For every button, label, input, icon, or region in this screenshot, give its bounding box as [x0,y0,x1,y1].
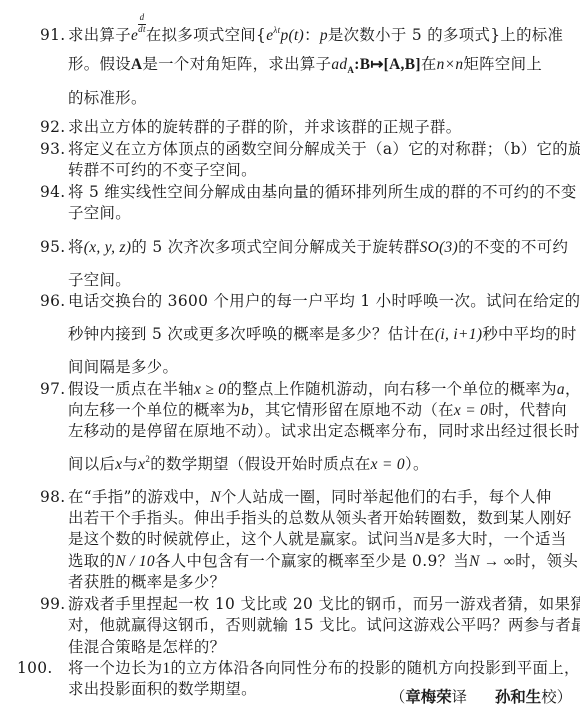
problem-91-line-2: 形。假设A是一个对角矩阵，求出算子adA:B↦[A,B]在n×n矩阵空间上 [68,54,542,75]
problem-99-line-1: 99.游戏者手里捏起一枚 10 戈比或 20 戈比的钢币，而另一游戏者猜，如果猜 [40,594,580,614]
problem-97-line-3: 左移动的是停留在原地不动）。试求出定态概率分布，同时求出经过很长时 [68,421,580,441]
d-dt-exponent: ddt [138,24,146,34]
problem-95-line-2: 子空间。 [68,270,131,290]
problem-99-line-2: 对，他就赢得这钢币，否则就输 15 戈比。试问这游戏公平吗？两参与者最 [68,615,580,635]
problem-98-line-5: 者获胜的概率是多少？ [68,572,225,592]
problem-100-line-1: 100.将一个边长为1的立方体沿各向同性分布的投影的随机方向投影到平面上， [17,658,580,679]
problem-98-line-4: 选取的N / 10各人中包含有一个赢家的概率至少是 0.9？当N → ∞时，领头 [68,551,578,572]
problem-number: 91. [40,25,68,45]
document-page: 91.求出算子eddt在拟多项式空间{eλtp(t)：p是次数小于 5 的多项式… [0,0,580,716]
problem-99-line-3: 佳混合策略是怎样的？ [68,637,225,657]
problem-97-line-4: 间以后x与x2的数学期望（假设开始时质点在x = 0）。 [68,454,429,475]
problem-94-line-1: 94.将 5 维实线性空间分解成由基向量的循环排列所生成的群的不可约的不变 [40,182,577,202]
problem-93-line-2: 转群不可约的不变子空间。 [68,160,257,180]
problem-97-line-1: 97.假设一质点在半轴x ≥ 0的整点上作随机游动，向右移一个单位的概率为a， [40,379,580,400]
problem-98-line-2: 出若干个手指头。伸出手指头的总数从领头者开始转圈数，数到某人刚好 [68,508,572,528]
problem-94-line-2: 子空间。 [68,203,131,223]
problem-92-line-1: 92.求出立方体的旋转群的子群的阶，并求该群的正规子群。 [40,117,462,137]
problem-100-line-2: 求出投影面积的数学期望。 [68,679,257,699]
problem-97-line-2: 向左移一个单位的概率为b，其它情形留在原地不动（在x = 0时，代替向 [68,400,567,421]
translator-name: 章梅荣 [405,688,451,706]
problem-91-line-3: 的标准形。 [68,88,147,108]
translator-credit: （章梅荣译孙和生校） [390,687,572,707]
problem-96-line-1: 96.电话交换台的 3600 个用户的每一户平均 1 小时呼唤一次。试问在给定的… [40,291,580,311]
problem-96-line-2: 秒钟内接到 5 次或更多次呼唤的概率是多少？估计在(i, i+1)秒中平均的时 [68,324,577,345]
problem-95-line-1: 95.将(x, y, z)的 5 次齐次多项式空间分解成关于旋转群SO(3)的不… [40,237,568,258]
problem-93-line-1: 93.将定义在立方体顶点的函数空间分解成关于（a）它的对称群；（b）它的旋 [40,139,580,159]
problem-96-line-3: 间间隔是多少。 [68,357,178,377]
problem-91-line-1: 91.求出算子eddt在拟多项式空间{eλtp(t)：p是次数小于 5 的多项式… [40,24,563,46]
proofreader-name: 孙和生 [495,688,541,706]
problem-98-line-1: 98.在“手指”的游戏中，N个人站成一圈，同时举起他们的右手，每个人伸 [40,487,552,508]
problem-98-line-3: 是这个数的时候就停止，这个人就是赢家。试问当N是多大时，一个适当 [68,529,567,550]
